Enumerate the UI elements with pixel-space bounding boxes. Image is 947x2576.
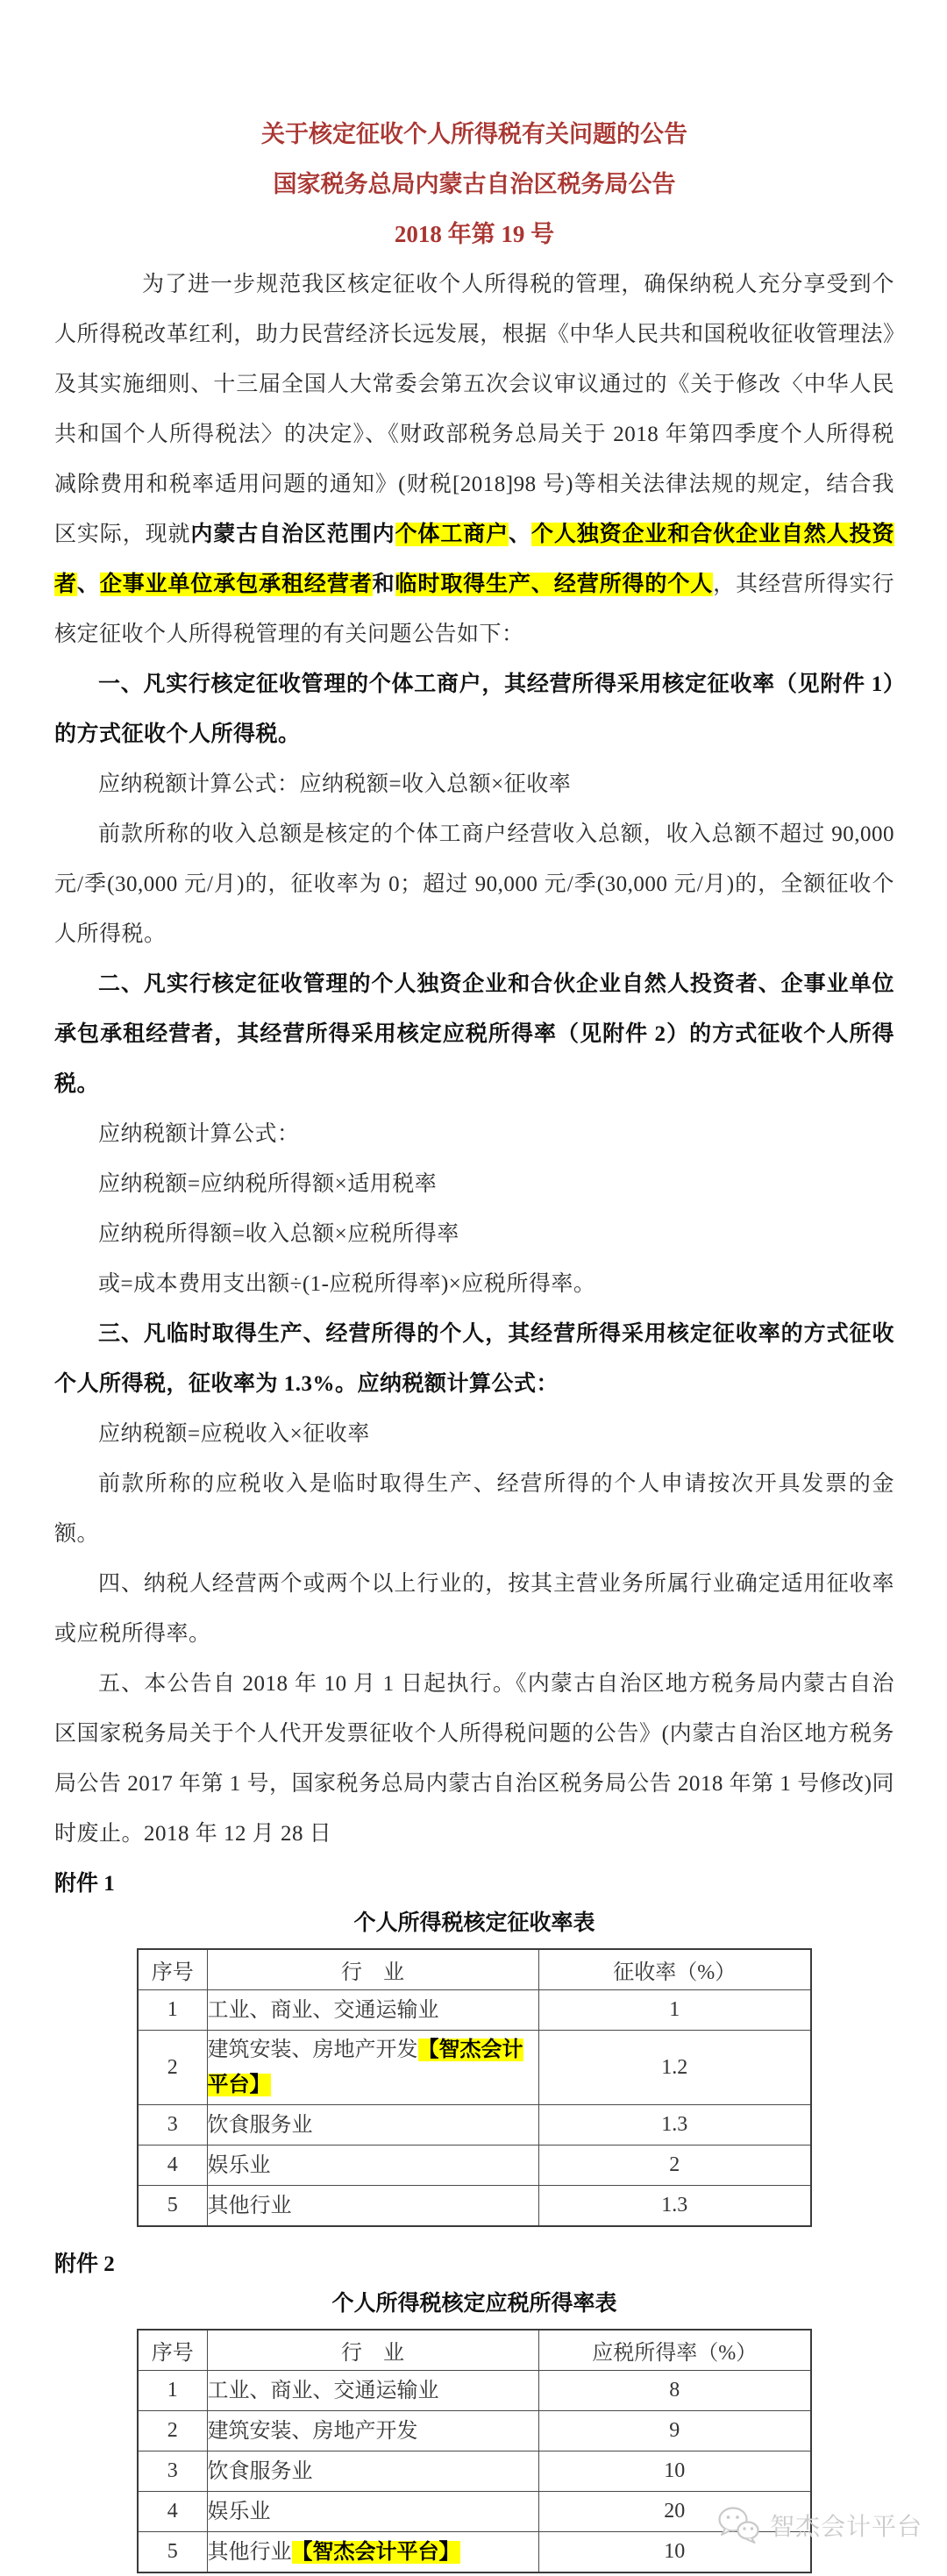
section-1-heading: 一、凡实行核定征收管理的个体工商户，其经营所得采用核定征收率（见附件 1）的方式… xyxy=(54,659,894,759)
doc-issuer: 国家税务总局内蒙古自治区税务局公告 xyxy=(54,160,894,210)
section-2-heading: 二、凡实行核定征收管理的个人独资企业和合伙企业自然人投资者、企事业单位承包承租经… xyxy=(54,959,894,1109)
section-3-note: 前款所称的应税收入是临时取得生产、经营所得的个人申请按次开具发票的金额。 xyxy=(54,1459,894,1559)
cell-industry: 娱乐业 xyxy=(207,2492,538,2532)
section-5-paragraph: 五、本公告自 2018 年 10 月 1 日起执行。《内蒙古自治区地方税务局内蒙… xyxy=(54,1659,894,1859)
cell-rate: 1.2 xyxy=(538,2031,811,2105)
cell-no: 5 xyxy=(138,2532,207,2573)
doc-header: 关于核定征收个人所得税有关问题的公告 国家税务总局内蒙古自治区税务局公告 201… xyxy=(54,110,894,260)
cell-industry: 其他行业 xyxy=(207,2186,538,2227)
table-row: 3 饮食服务业 10 xyxy=(138,2451,811,2492)
table-row: 2 建筑安装、房地产开发【智杰会计平台】 1.2 xyxy=(138,2031,811,2105)
attachment-1-label: 附件 1 xyxy=(54,1864,894,1904)
cell-industry: 工业、商业、交通运输业 xyxy=(207,2371,538,2411)
highlight-watermark-text: 【智杰会计平台】 xyxy=(292,2541,460,2564)
section-3-formula: 应纳税额=应税收入×征收率 xyxy=(54,1409,894,1459)
column-header-no: 序号 xyxy=(138,2330,207,2371)
cell-rate: 9 xyxy=(538,2411,811,2451)
section-2-formula-2: 应纳税所得额=收入总额×应税所得率 xyxy=(54,1209,894,1259)
column-header-rate: 征收率（%） xyxy=(538,1949,811,1990)
table-row: 5 其他行业 1.3 xyxy=(138,2186,811,2227)
table-row: 5 其他行业【智杰会计平台】 10 xyxy=(138,2532,811,2573)
table-2-header-row: 序号 行 业 应税所得率（%） xyxy=(138,2330,811,2371)
section-2-formula-label: 应纳税额计算公式： xyxy=(54,1109,894,1159)
attachment-2-table-title: 个人所得税核定应税所得率表 xyxy=(54,2284,894,2323)
cell-no: 3 xyxy=(138,2105,207,2145)
table-1-header-row: 序号 行 业 征收率（%） xyxy=(138,1949,811,1990)
intro-separator-2: 、 xyxy=(77,573,100,596)
section-1-note: 前款所称的收入总额是核定的个体工商户经营收入总额，收入总额不超过 90,000 … xyxy=(54,809,894,959)
column-header-industry: 行 业 xyxy=(207,2330,538,2371)
table-row: 2 建筑安装、房地产开发 9 xyxy=(138,2411,811,2451)
cell-no: 5 xyxy=(138,2186,207,2227)
watermark-text: 智杰会计平台 xyxy=(770,2508,922,2543)
cell-industry: 建筑安装、房地产开发【智杰会计平台】 xyxy=(207,2031,538,2105)
column-header-rate: 应税所得率（%） xyxy=(538,2330,811,2371)
cell-no: 2 xyxy=(138,2411,207,2451)
section-4-paragraph: 四、纳税人经营两个或两个以上行业的，按其主营业务所属行业确定适用征收率或应税所得… xyxy=(54,1559,894,1659)
cell-industry: 建筑安装、房地产开发 xyxy=(207,2411,538,2451)
cell-rate: 2 xyxy=(538,2145,811,2186)
doc-title: 关于核定征收个人所得税有关问题的公告 xyxy=(54,110,894,160)
table-row: 4 娱乐业 20 xyxy=(138,2492,811,2532)
highlight-run-4: 临时取得生产、经营所得的个人 xyxy=(395,573,714,596)
intro-paragraph: 为了进一步规范我区核定征收个人所得税的管理，确保纳税人充分享受到个人所得税改革红… xyxy=(54,260,894,659)
intro-separator-3: 和 xyxy=(373,573,395,596)
cell-rate: 1 xyxy=(538,1990,811,2031)
intro-lead: 为了进一步规范我区核定征收个人所得税的管理，确保纳税人充分享受到个人所得税改革红… xyxy=(54,273,894,546)
section-2-formula-1: 应纳税额=应纳税所得额×适用税率 xyxy=(54,1159,894,1209)
document-page: 关于核定征收个人所得税有关问题的公告 国家税务总局内蒙古自治区税务局公告 201… xyxy=(0,0,947,2576)
table-row: 4 娱乐业 2 xyxy=(138,2145,811,2186)
section-1-formula: 应纳税额计算公式：应纳税额=收入总额×征收率 xyxy=(54,759,894,809)
rate-table-1: 序号 行 业 征收率（%） 1 工业、商业、交通运输业 1 2 建筑安装、房地产… xyxy=(137,1948,812,2227)
cell-no: 2 xyxy=(138,2031,207,2105)
cell-industry: 饮食服务业 xyxy=(207,2451,538,2492)
cell-rate: 10 xyxy=(538,2451,811,2492)
highlight-run-1: 个体工商户 xyxy=(395,523,509,546)
intro-scope-bold: 内蒙古自治区范围内 xyxy=(190,523,395,546)
cell-no: 4 xyxy=(138,2492,207,2532)
cell-rate: 1.3 xyxy=(538,2105,811,2145)
cell-no: 1 xyxy=(138,1990,207,2031)
cell-no: 1 xyxy=(138,2371,207,2411)
watermark: 智杰会计平台 xyxy=(717,2506,922,2544)
attachment-2-label: 附件 2 xyxy=(54,2245,894,2284)
table-row: 3 饮食服务业 1.3 xyxy=(138,2105,811,2145)
column-header-no: 序号 xyxy=(138,1949,207,1990)
cell-rate: 8 xyxy=(538,2371,811,2411)
doc-body: 为了进一步规范我区核定征收个人所得税的管理，确保纳税人充分享受到个人所得税改革红… xyxy=(54,260,894,1859)
cell-industry: 其他行业【智杰会计平台】 xyxy=(207,2532,538,2573)
cell-industry: 饮食服务业 xyxy=(207,2105,538,2145)
attachment-1-table-title: 个人所得税核定征收率表 xyxy=(54,1904,894,1943)
table-row: 1 工业、商业、交通运输业 8 xyxy=(138,2371,811,2411)
industry-text: 其他行业 xyxy=(208,2541,292,2564)
cell-no: 4 xyxy=(138,2145,207,2186)
highlight-run-3: 企事业单位承包承租经营者 xyxy=(100,573,373,596)
section-3-heading: 三、凡临时取得生产、经营所得的个人，其经营所得采用核定征收率的方式征收个人所得税… xyxy=(54,1309,894,1409)
cell-industry: 工业、商业、交通运输业 xyxy=(207,1990,538,2031)
cell-rate: 1.3 xyxy=(538,2186,811,2227)
cell-no: 3 xyxy=(138,2451,207,2492)
intro-separator-1: 、 xyxy=(509,523,531,546)
wechat-icon xyxy=(717,2506,761,2544)
industry-text: 建筑安装、房地产开发 xyxy=(208,2039,418,2061)
table-row: 1 工业、商业、交通运输业 1 xyxy=(138,1990,811,2031)
rate-table-2: 序号 行 业 应税所得率（%） 1 工业、商业、交通运输业 8 2 建筑安装、房… xyxy=(137,2329,812,2573)
section-2-formula-3: 或=成本费用支出额÷(1-应税所得率)×应税所得率。 xyxy=(54,1259,894,1309)
column-header-industry: 行 业 xyxy=(207,1949,538,1990)
cell-industry: 娱乐业 xyxy=(207,2145,538,2186)
doc-number: 2018 年第 19 号 xyxy=(54,210,894,260)
